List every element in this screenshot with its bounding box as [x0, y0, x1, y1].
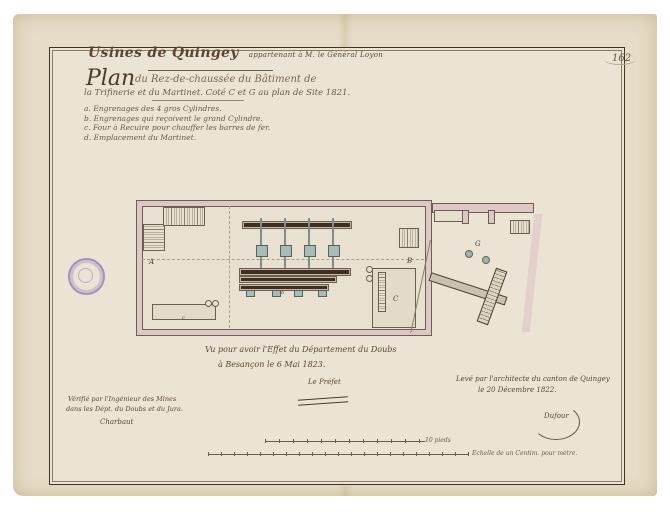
floor-plan: A B C b c [136, 200, 432, 336]
approval-line-2: à Besançon le 6 Mai 1823. [218, 360, 325, 369]
legend-item: b. Engrenages qui reçoivent le grand Cyl… [84, 114, 270, 124]
gear-box-a [280, 245, 292, 257]
martinet-wheel [465, 250, 473, 258]
label-G: G [475, 240, 481, 248]
annex-pier [488, 210, 495, 224]
title-owner: appartenant à M. le Général Loyon [249, 51, 383, 59]
gear-box-b [246, 290, 255, 297]
furnace-grate [378, 272, 386, 312]
annex-stairs [510, 220, 530, 234]
annex-plan: G [410, 200, 545, 330]
verifier-line-1: Vérifié par l'Ingénieur des Mines [68, 395, 176, 403]
title-main: Usines de Quingey [88, 45, 239, 61]
lower-roller-bar-1 [240, 269, 350, 275]
annex-pier [462, 210, 469, 224]
lower-roller-bar-2 [240, 277, 336, 282]
label-b: b [281, 290, 284, 296]
legend-item: d. Emplacement du Martinet. [84, 133, 270, 143]
scale-bar-upper [265, 441, 425, 442]
axis-line-vertical [229, 206, 230, 328]
archival-stamp [68, 258, 105, 295]
annex-wall-left [410, 240, 431, 333]
gear-box-b [318, 290, 327, 297]
drafter-flourish [532, 404, 580, 440]
gear-box-a [328, 245, 340, 257]
staircase-left [143, 224, 165, 251]
verifier-line-2: dans les Dépt. du Doubs et du Jura. [66, 405, 183, 413]
label-c: c [182, 315, 185, 321]
drafter-line-2: le 20 Décembre 1822. [478, 386, 556, 394]
scale-lower-label: Echelle de un Centim. pour mètre. [472, 450, 577, 457]
axis-line [142, 259, 424, 260]
reference-underline [604, 54, 636, 65]
legend-separator [152, 100, 244, 101]
legend-item: a. Engrenages des 4 gros Cylindres. [84, 104, 270, 114]
drafter-line-1: Levé par l'architecte du canton de Quing… [456, 375, 610, 383]
approval-signature: Le Préfet [308, 378, 341, 386]
verifier-signature: Charbaut [100, 418, 133, 426]
bench-opening [205, 300, 212, 307]
martinet-wheel [482, 256, 490, 264]
gear-box-b [294, 290, 303, 297]
staircase-top [163, 207, 205, 226]
label-A: A [149, 258, 154, 266]
title-line-1: Usines de Quingey appartenant à M. le Gé… [88, 45, 383, 61]
approval-line-1: Vu pour avoir l'Effet du Département du … [205, 345, 397, 354]
gear-box-a [304, 245, 316, 257]
furnace-opening [366, 275, 373, 282]
label-C: C [393, 295, 398, 303]
legend-item: c. Four à Recuire pour chauffer les barr… [84, 123, 270, 133]
title-underline [148, 70, 273, 71]
title-line-3: la Trifinerie et du Martinet. Coté C et … [84, 88, 350, 98]
legend: a. Engrenages des 4 gros Cylindres. b. E… [84, 104, 270, 142]
gear-box-a [256, 245, 268, 257]
scale-bar-lower [208, 454, 468, 455]
title-line-2: du Rez-de-chaussée du Bâtiment de [135, 74, 316, 85]
gear-box-b [272, 290, 281, 297]
scale-upper-label: 10 pieds [425, 437, 451, 444]
bench-opening [212, 300, 219, 307]
furnace-opening [366, 266, 373, 273]
